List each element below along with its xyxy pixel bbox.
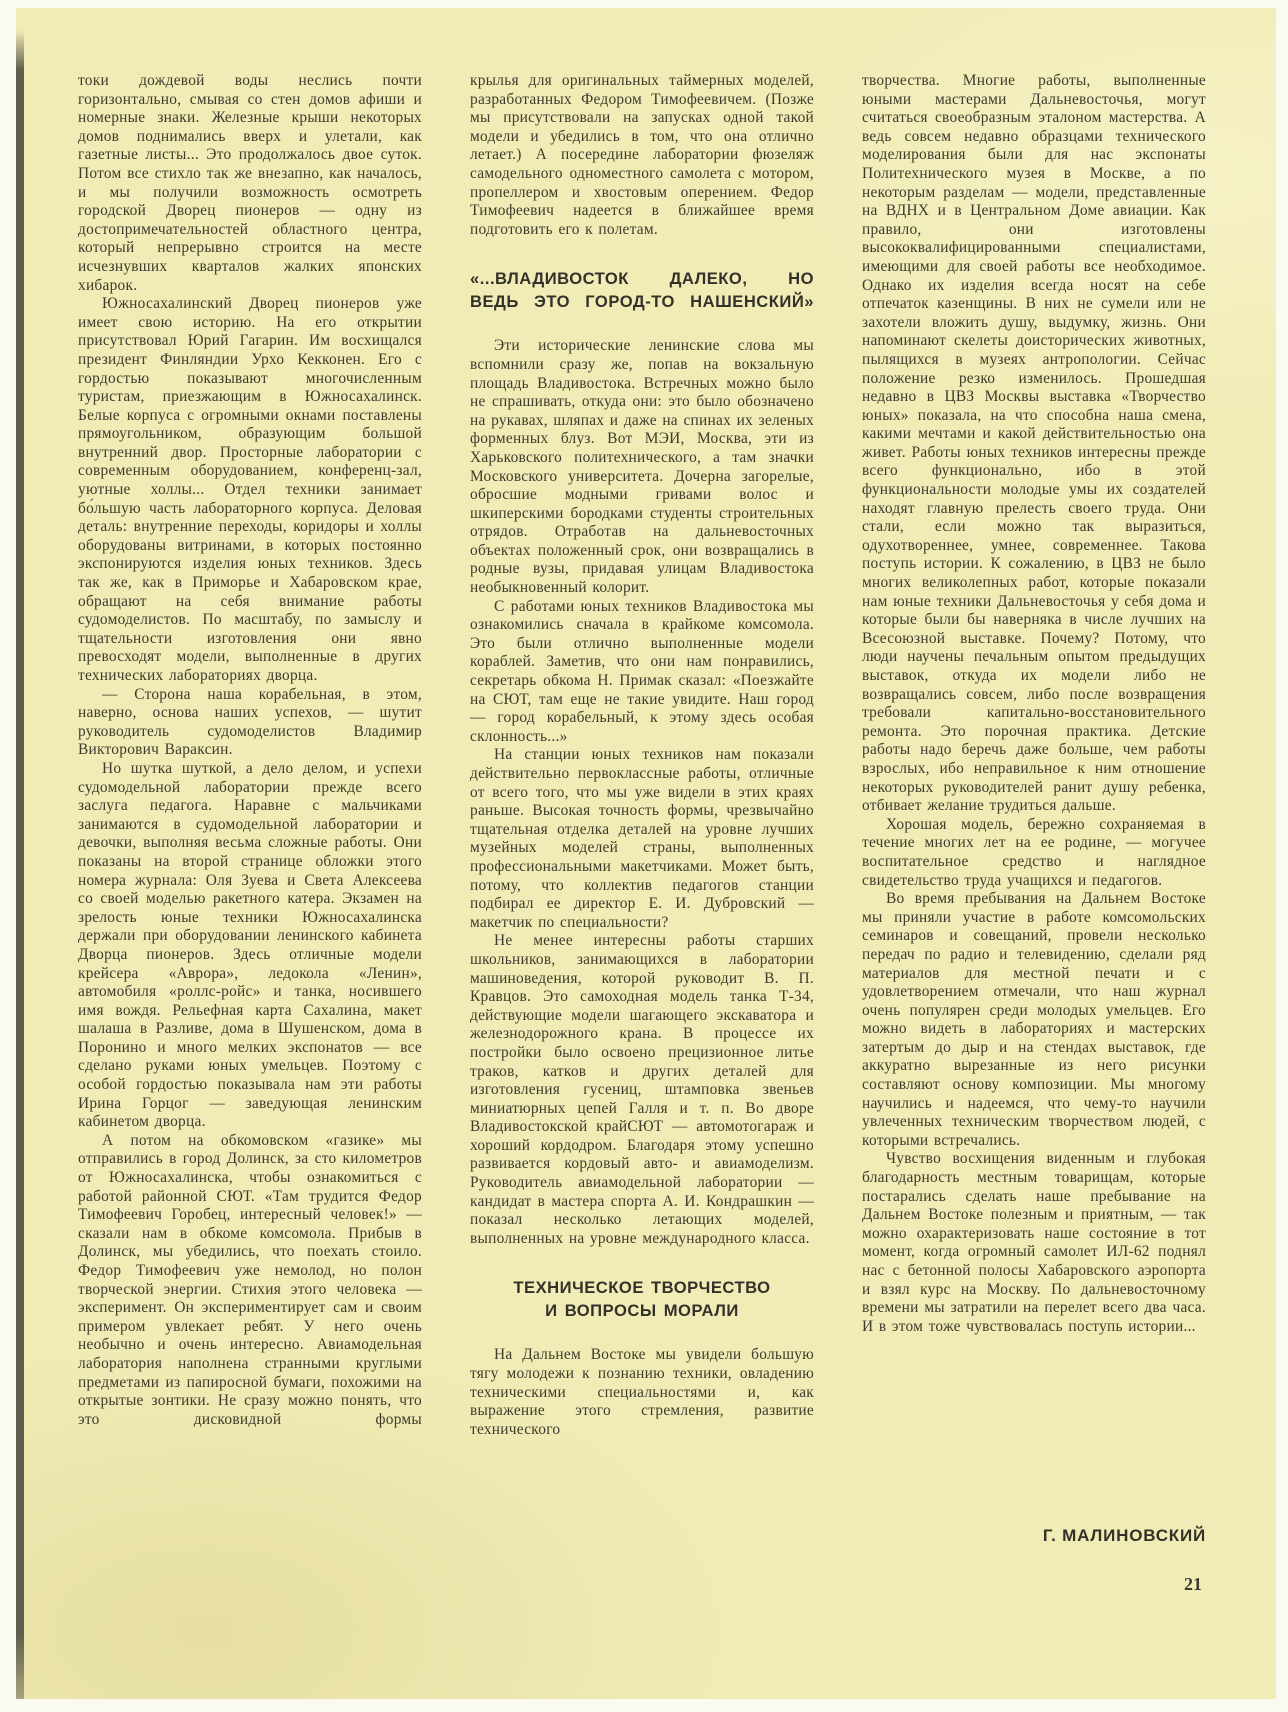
- paragraph: токи дождевой воды неслись почти горизон…: [78, 72, 422, 295]
- author-signature: Г. МАЛИНОВСКИЙ: [862, 1526, 1206, 1546]
- section-heading-line: ВЕДЬ ЭТО ГОРОД-ТО НАШЕНСКИЙ»: [470, 290, 814, 313]
- paragraph: Южносахалинский Дворец пионеров уже имее…: [78, 295, 422, 685]
- paragraph: С работами юных техников Владивостока мы…: [470, 598, 814, 747]
- section-heading: ТЕХНИЧЕСКОЕ ТВОРЧЕСТВОИ ВОПРОСЫ МОРАЛИ: [470, 1276, 814, 1322]
- paragraph: Но шутка шуткой, а дело делом, и успехи …: [78, 760, 422, 1132]
- paragraph: — Сторона наша корабельная, в этом, наве…: [78, 686, 422, 760]
- paragraph: Хорошая модель, бережно сохраняемая в те…: [862, 816, 1206, 890]
- text-column: творчества. Многие работы, выполненные ю…: [862, 72, 1206, 1336]
- paragraph: Не менее интересны работы старших школьн…: [470, 932, 814, 1248]
- paragraph: Эти исторические ленинские слова мы вспо…: [470, 337, 814, 597]
- section-heading-line: «...ВЛАДИВОСТОК ДАЛЕКО, НО: [470, 267, 814, 290]
- paragraph: Во время пребывания на Дальнем Востоке м…: [862, 890, 1206, 1150]
- page-number: 21: [862, 1574, 1202, 1595]
- paragraph: На Дальнем Востоке мы увидели большую тя…: [470, 1346, 814, 1439]
- paragraph: крылья для оригинальных таймерных моделе…: [470, 72, 814, 239]
- text-column: крылья для оригинальных таймерных моделе…: [470, 72, 814, 1439]
- scan-edge-shadow: [16, 30, 24, 1699]
- magazine-page-scan: { "page": { "number": "21", "paper_color…: [0, 0, 1288, 1712]
- section-heading-line: ТЕХНИЧЕСКОЕ ТВОРЧЕСТВО: [470, 1276, 814, 1299]
- text-column: токи дождевой воды неслись почти горизон…: [78, 72, 422, 1429]
- paragraph: А потом на обкомовском «газике» мы отпра…: [78, 1132, 422, 1430]
- paragraph: творчества. Многие работы, выполненные ю…: [862, 72, 1206, 816]
- paragraph: На станции юных техников нам показали де…: [470, 746, 814, 932]
- section-heading-line: И ВОПРОСЫ МОРАЛИ: [470, 1299, 814, 1322]
- paragraph: Чувство восхищения виденным и глубокая б…: [862, 1150, 1206, 1336]
- section-heading: «...ВЛАДИВОСТОК ДАЛЕКО, НОВЕДЬ ЭТО ГОРОД…: [470, 267, 814, 313]
